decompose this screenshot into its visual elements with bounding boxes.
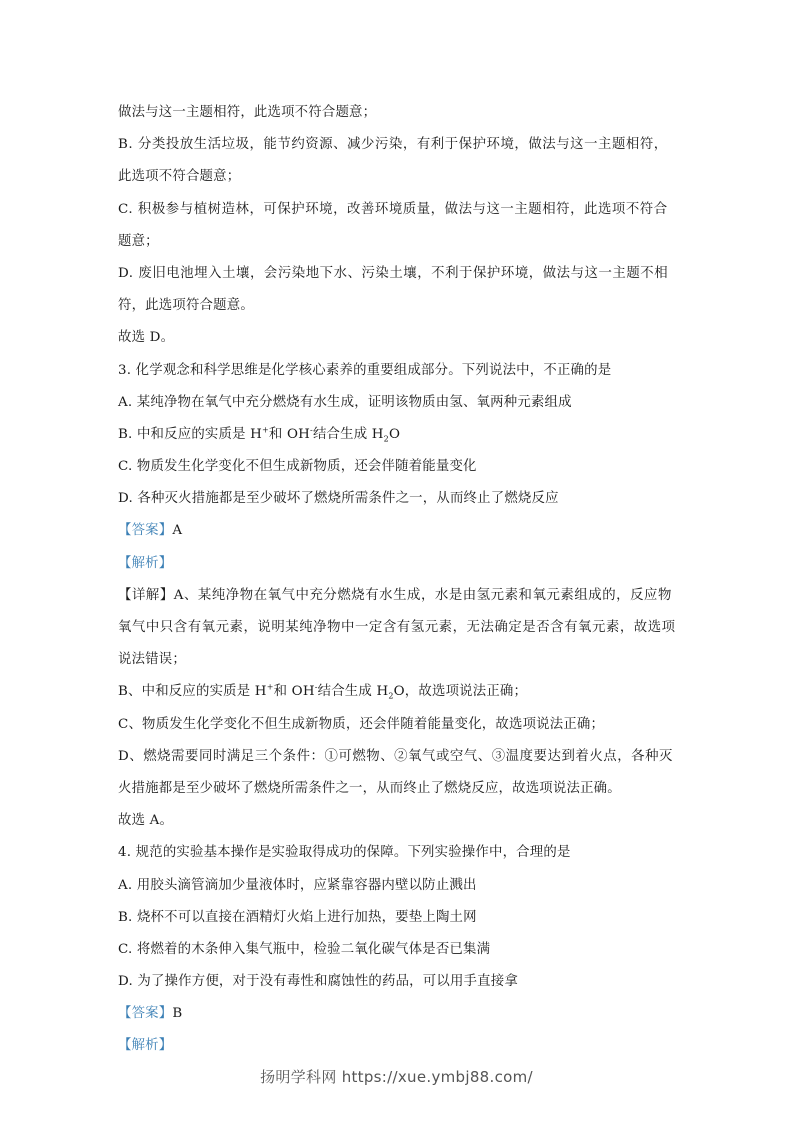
document-page: 做法与这一主题相符，此选项不符合题意； B. 分类投放生活垃圾，能节约资源、减少…: [118, 102, 683, 1068]
detail-line-c: C、物质发生化学变化不但生成新物质，还会伴随着能量变化，故选项说法正确；: [118, 714, 683, 746]
option-b-text: 和 OH: [269, 427, 310, 442]
question-4-stem: 4. 规范的实验基本操作是实验取得成功的保障。下列实验操作中，合理的是: [118, 842, 683, 874]
question-4-option-b: B. 烧杯不可以直接在酒精灯火焰上进行加热，要垫上陶土网: [118, 907, 683, 939]
footer-watermark: 扬明学科网 https://xue.ymbj88.com/: [0, 1066, 793, 1087]
text-line: 符，此选项符合题意。: [118, 295, 683, 327]
answer-row-q4: 【答案】B: [118, 1003, 683, 1035]
question-4-option-a: A. 用胶头滴管滴加少量液体时，应紧靠容器内壁以防止溅出: [118, 875, 683, 907]
answer-label: 【答案】: [118, 1006, 172, 1021]
question-4-option-d: D. 为了操作方便，对于没有毒性和腐蚀性的药品，可以用手直接拿: [118, 971, 683, 1003]
option-b-text: B. 中和反应的实质是 H: [118, 427, 262, 442]
question-3-option-b: B. 中和反应的实质是 H+和 OH-结合生成 H2O: [118, 424, 683, 456]
question-3-option-a: A. 某纯净物在氧气中充分燃烧有水生成，证明该物质由氢、氧两种元素组成: [118, 392, 683, 424]
question-4-option-c: C. 将燃着的木条伸入集气瓶中，检验二氧化碳气体是否已集满: [118, 939, 683, 971]
answer-label: 【答案】: [118, 523, 172, 538]
detail-line-d: D、燃烧需要同时满足三个条件：①可燃物、②氧气或空气、③温度要达到着火点，各种灭: [118, 746, 683, 778]
detail-line-a: 【详解】A、某纯净物在氧气中充分燃烧有水生成，水是由氢元素和氧元素组成的，反应物: [118, 585, 683, 617]
text-line: 此选项不符合题意；: [118, 166, 683, 198]
detail-line: 氧气中只含有氧元素，说明某纯净物中一定含有氢元素，无法确定是否含有氧元素，故选项: [118, 617, 683, 649]
text-line: 题意；: [118, 231, 683, 263]
detail-label: 【详解】: [118, 588, 174, 603]
answer-value: A: [172, 523, 182, 538]
option-d-explanation: D. 废旧电池埋入土壤，会污染地下水、污染土壤，不利于保护环境，做法与这一主题不…: [118, 263, 683, 295]
detail-line: 说法错误；: [118, 649, 683, 681]
question-3-option-d: D. 各种灭火措施都是至少破坏了燃烧所需条件之一，从而终止了燃烧反应: [118, 488, 683, 520]
analysis-label: 【解析】: [118, 556, 172, 571]
detail-text: 结合生成 H: [318, 684, 389, 699]
question-3-option-c: C. 物质发生化学变化不但生成新物质，还会伴随着能量变化: [118, 456, 683, 488]
conclusion-q3: 故选 A。: [118, 810, 683, 842]
analysis-row-q4: 【解析】: [118, 1035, 683, 1067]
answer-row-q3: 【答案】A: [118, 520, 683, 552]
detail-line: 火措施都是至少破坏了燃烧所需条件之一，从而终止了燃烧反应，故选项说法正确。: [118, 778, 683, 810]
detail-text: B、中和反应的实质是 H: [118, 684, 267, 699]
analysis-label: 【解析】: [118, 1038, 172, 1053]
option-b-explanation: B. 分类投放生活垃圾，能节约资源、减少污染，有利于保护环境，做法与这一主题相符…: [118, 134, 683, 166]
option-c-explanation: C. 积极参与植树造林，可保护环境，改善环境质量，做法与这一主题相符，此选项不符…: [118, 199, 683, 231]
analysis-row-q3: 【解析】: [118, 553, 683, 585]
option-b-text: 结合生成 H: [313, 427, 384, 442]
detail-text: 和 OH: [274, 684, 315, 699]
superscript-plus: +: [267, 683, 274, 692]
detail-line-b: B、中和反应的实质是 H+和 OH-结合生成 H2O，故选项说法正确；: [118, 681, 683, 713]
conclusion-q2: 故选 D。: [118, 327, 683, 359]
question-3-stem: 3. 化学观念和科学思维是化学核心素养的重要组成部分。下列说法中，不正确的是: [118, 360, 683, 392]
option-b-text: O: [389, 427, 400, 442]
superscript-plus: +: [262, 425, 269, 434]
answer-value: B: [172, 1006, 182, 1021]
detail-text: O，故选项说法正确；: [394, 684, 528, 699]
text-line: 做法与这一主题相符，此选项不符合题意；: [118, 102, 683, 134]
detail-text: A、某纯净物在氧气中充分燃烧有水生成，水是由氢元素和氧元素组成的，反应物: [174, 588, 672, 603]
